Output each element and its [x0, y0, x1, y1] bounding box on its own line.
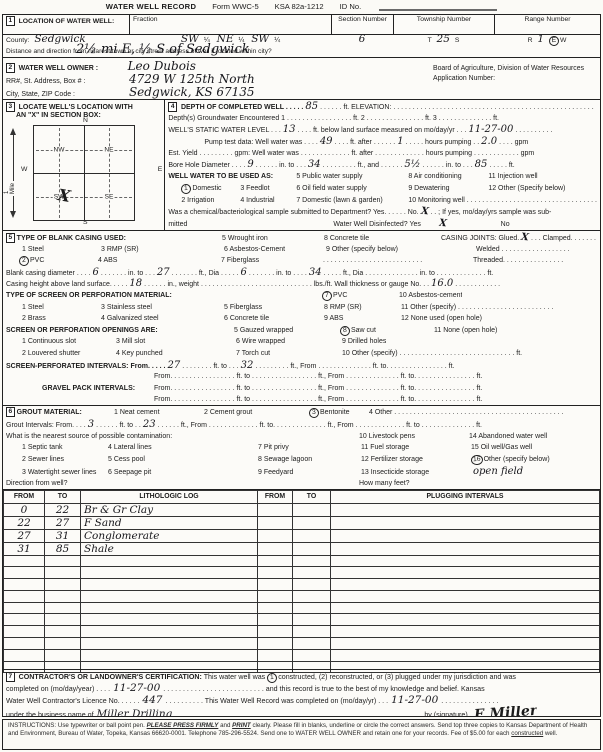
sample-question-line: Was a chemical/bacteriological sample su…	[168, 206, 597, 218]
section4-number: 4	[168, 102, 177, 112]
one-mile-arrow: 1 Mile	[13, 132, 14, 214]
city-label: City, State, ZIP Code :	[6, 89, 124, 99]
township-s: S	[455, 37, 460, 44]
form-option: 6 Wire wrapped	[236, 336, 342, 348]
id-label: ID No.	[340, 2, 362, 11]
form-option: 9 ABS	[324, 313, 401, 325]
dotted-line: . . . . . . . . . . . . . . . . . . . . …	[323, 255, 473, 267]
form-option: 1 Continuous slot	[22, 336, 116, 348]
form-option: 10 Asbestos-cement	[399, 290, 462, 302]
openings-row-3: 2 Louvered shutter 4 Key punched 7 Torch…	[6, 348, 597, 360]
well-x-mark: X	[56, 185, 72, 206]
form-number: Form WWC-5	[212, 2, 258, 11]
form-option-selected: 8Saw cut	[340, 325, 434, 337]
disinfected-line: mitted Water Well Disinfected? Yes X No	[168, 218, 597, 230]
compass-e: E	[158, 166, 163, 173]
form-option: 8 RMP (SR)	[324, 302, 401, 314]
form-option: 12 Other (Specify below)	[488, 183, 565, 195]
agency-name: Board of Agriculture, Division of Water …	[433, 64, 584, 74]
gravel-pack-label: GRAVEL PACK INTERVALS:	[6, 383, 154, 395]
section-owner: 2 WATER WELL OWNER : Leo Dubois RR#, St.…	[3, 57, 600, 99]
section-depth: 4 DEPTH OF COMPLETED WELL . . . . .85. .…	[165, 100, 600, 230]
range-cell: Range Number	[494, 15, 600, 34]
form-option: 4 Galvanized steel	[101, 313, 224, 325]
col-from: FROM	[4, 491, 45, 504]
pump-depth-value: 49	[320, 136, 333, 147]
section1-title: LOCATION OF WATER WELL:	[19, 18, 115, 25]
openings-row-2: 1 Continuous slot 3 Mill slot 6 Wire wra…	[6, 336, 597, 348]
casing-diameter-1: 6	[92, 267, 98, 278]
grout-intervals-line: Grout Intervals: From. . . .3. . . . . .…	[6, 419, 597, 431]
casing-depth-2: 34	[309, 267, 322, 278]
form-option: 3 Feedlot	[240, 183, 296, 195]
grout-from-value: 3	[88, 419, 94, 430]
direction-question: Direction from well?	[6, 478, 359, 489]
range-value: R 1 EW	[494, 33, 600, 46]
screen-interval-from: 27	[167, 360, 180, 371]
table-row	[4, 602, 600, 614]
bore-diameter-2: 5½	[404, 159, 420, 170]
section-box-diagram: NW NE SW SE X	[33, 125, 135, 221]
circled-8: 8	[340, 325, 350, 336]
form-option: 11 None (open hole)	[434, 325, 497, 337]
section-locate-box: 3 LOCATE WELL'S LOCATION WITH AN "X" IN …	[3, 100, 165, 230]
township-value: T 25 S	[393, 33, 494, 46]
circled-7: 7	[322, 291, 332, 302]
section-number-value: 6	[331, 33, 393, 46]
depth-value: 85	[305, 101, 318, 112]
table-row: 2731Conglomerate	[4, 529, 600, 542]
use-row-1: WELL WATER TO BE USED AS: 5 Public water…	[168, 171, 597, 183]
contamination-row-1: 1 Septic tank 4 Lateral lines 7 Pit priv…	[6, 442, 597, 454]
completed-date: 11-27-00	[113, 683, 160, 694]
measured-date: 11-27-00	[468, 124, 513, 135]
screen-intervals-line-2: From. . . . . . . . . . . . . . . . . ft…	[6, 371, 597, 383]
form-option: 11 Other (specify) . . . . . . . . . . .…	[401, 302, 553, 314]
section-grout: 6GROUT MATERIAL: 1 Neat cement 2 Cement …	[3, 405, 600, 489]
form-option: 2 Cement grout	[204, 407, 309, 419]
circled-2: 2	[19, 256, 29, 267]
col-to-2: TO	[293, 491, 331, 504]
form-option-selected: 16Other (specify below)	[471, 454, 550, 466]
table-row	[4, 614, 600, 626]
form-option: 4 Key punched	[116, 348, 236, 360]
casing-row-1: 5TYPE OF BLANK CASING USED: 5 Wrought ir…	[6, 232, 597, 244]
circled-3: 3	[309, 408, 319, 419]
screen-row-3: 2 Brass 4 Galvanized steel 6 Concrete ti…	[6, 313, 597, 325]
form-option: 4 ABS	[98, 255, 221, 267]
form-option: 12 Fertilizer storage	[361, 454, 471, 466]
application-number-label: Application Number:	[433, 74, 584, 84]
form-option: 8 Sewage lagoon	[258, 454, 361, 466]
form-option: 3 Watertight sewer lines	[22, 467, 108, 478]
address-value: 4729 W 125th North	[129, 72, 255, 86]
disinfected-label: Water Well Disinfected? Yes	[333, 219, 421, 230]
screen-interval-to: 32	[241, 360, 254, 371]
form-option: 9 Drilled holes	[342, 336, 386, 348]
press-firmly-emphasis: PLEASE PRESS FIRMLY	[147, 722, 219, 729]
form-option: 6 Asbestos-Cement	[224, 244, 326, 256]
business-name-value: Miller Drilling	[97, 707, 422, 717]
col-to: TO	[45, 491, 81, 504]
table-row	[4, 649, 600, 661]
agency-block: Board of Agriculture, Division of Water …	[433, 64, 584, 84]
casing-diameter-2: 6	[241, 267, 247, 278]
fraction-q3: SW	[251, 33, 269, 45]
casing-joints: CASING JOINTS: Glued.X. . . Clamped. . .…	[441, 232, 596, 244]
owner-value: Leo Dubois	[128, 59, 196, 73]
section-certification: 7 CONTRACTOR'S OR LANDOWNER'S CERTIFICAT…	[3, 669, 600, 717]
form-option-selected: 7PVC	[322, 290, 399, 302]
section6-number: 6	[6, 407, 15, 417]
pump-gpm-value: 2.0	[481, 136, 497, 147]
range-label: Range Number	[524, 16, 570, 23]
form-option: 3 RMP (SR)	[101, 244, 224, 256]
form-option: 2 Irrigation	[181, 195, 240, 207]
form-option: 10 Monitoring well . . . . . . . . . . .…	[408, 195, 597, 207]
form-ksa: KSA 82a-1212	[275, 2, 324, 11]
bore-diameter-1: 9	[247, 159, 253, 170]
record-completed-date: 11-27-00	[391, 695, 438, 706]
static-level-line: WELL'S STATIC WATER LEVEL . . .13. . . .…	[168, 124, 597, 136]
quadrant-se: SE	[104, 193, 115, 200]
form-option: 1 Neat cement	[114, 407, 204, 419]
certification-line-3: Water Well Contractor's Licence No. . . …	[6, 695, 597, 706]
county-label: County:	[6, 37, 29, 44]
direction-row: Direction from well? How many feet?	[6, 478, 597, 489]
form-title: WATER WELL RECORD	[106, 2, 196, 11]
form-option: 4 Other . . . . . . . . . . . . . . . . …	[369, 407, 564, 419]
section2-number: 2	[6, 63, 15, 73]
instructions-block: INSTRUCTIONS: Use typewriter or ball poi…	[2, 719, 601, 750]
township-cell: Township Number	[393, 15, 494, 34]
table-row	[4, 579, 600, 591]
grout-row: 6GROUT MATERIAL: 1 Neat cement 2 Cement …	[6, 407, 597, 419]
dotted-line: From. . . . . . . . . . . . . . . . . ft…	[154, 383, 482, 395]
township-label: Township Number	[417, 16, 471, 23]
certification-line-4: under the business name of Miller Drilli…	[6, 706, 597, 717]
section-number: 6	[359, 33, 366, 45]
id-blank-line	[379, 9, 497, 11]
pump-test-line: Pump test data: Well water was . . . .49…	[168, 136, 597, 148]
screen-intervals-line: SCREEN-PERFORATED INTERVALS: From. . . .…	[6, 360, 597, 372]
signature-label: by (signature)	[424, 708, 467, 717]
screen-row-1: TYPE OF SCREEN OR PERFORATION MATERIAL: …	[6, 290, 597, 302]
bore-depth-2: 85	[475, 159, 488, 170]
x-mark: X	[420, 206, 429, 218]
range-number: 1	[537, 33, 544, 45]
grout-to-value: 23	[143, 419, 156, 430]
form-option: 1 Steel	[22, 302, 101, 314]
constructed-emphasis: constructed	[511, 730, 543, 737]
screen-row-2: 1 Steel 3 Stainless steel 5 Fiberglass 8…	[6, 302, 597, 314]
section-casing: 5TYPE OF BLANK CASING USED: 5 Wrought ir…	[3, 230, 600, 405]
form-option: 9 Feedyard	[258, 467, 361, 478]
casing-height-line: Casing height above land surface. . . . …	[6, 278, 597, 290]
casing-diameter-line: Blank casing diameter . . . .6. . . . . …	[6, 267, 597, 279]
use-row-2: 1Domestic 3 Feedlot 6 Oil field water su…	[168, 183, 597, 195]
use-row-3: 2 Irrigation 4 Industrial 7 Domestic (la…	[168, 195, 597, 207]
how-many-feet-question: How many feet?	[359, 478, 410, 489]
contamination-row-2: 2 Sewer lines 5 Cess pool 8 Sewage lagoo…	[6, 454, 597, 466]
form-option: 2 Louvered shutter	[22, 348, 116, 360]
section3-title-1: 3 LOCATE WELL'S LOCATION WITH	[6, 102, 161, 112]
groundwater-line: Depth(s) Groundwater Encountered 1 . . .…	[168, 113, 597, 125]
circled-1: 1	[181, 183, 191, 194]
form-option-selected: 1Domestic	[181, 183, 240, 195]
form-option: 3 Mill slot	[116, 336, 236, 348]
form-option: 6 Concrete tile	[224, 313, 324, 325]
certification-line-1: 7 CONTRACTOR'S OR LANDOWNER'S CERTIFICAT…	[6, 672, 597, 683]
form-option: 7 Torch cut	[236, 348, 342, 360]
fraction-label: Fraction	[133, 16, 158, 23]
gravel-pack-line: GRAVEL PACK INTERVALS: From. . . . . . .…	[6, 383, 597, 395]
form-option: 4 Industrial	[240, 195, 296, 207]
bore-depth-1: 34	[308, 159, 321, 170]
table-header-row: FROM TO LITHOLOGIC LOG FROM TO PLUGGING …	[4, 491, 600, 504]
casing-title: TYPE OF BLANK CASING USED:	[17, 235, 126, 242]
table-row: 3185Shale	[4, 542, 600, 555]
range-west: W	[560, 37, 566, 44]
bore-hole-line: Bore Hole Diameter . . . .9. . . . . . i…	[168, 159, 597, 171]
welded-label: Welded . . . . . . . . . . . . . . . . .…	[476, 244, 570, 256]
form-option: 6 Seepage pit	[108, 467, 258, 478]
contamination-other-value: open field	[473, 466, 523, 478]
gauge-value: 16.0	[431, 278, 453, 289]
threaded-label: Threaded. . . . . . . . . . . . . . . .	[473, 255, 563, 267]
lithologic-table-wrap: FROM TO LITHOLOGIC LOG FROM TO PLUGGING …	[3, 489, 600, 669]
section-number-cell: Section Number	[331, 15, 393, 34]
grout-title: GROUT MATERIAL:	[17, 409, 82, 416]
section-box-hline	[34, 173, 134, 174]
section-location: 1 LOCATION OF WATER WELL: Fraction Secti…	[3, 15, 600, 57]
compass-w: W	[21, 166, 27, 173]
section7-number: 7	[6, 672, 15, 682]
table-row	[4, 626, 600, 638]
business-name-label: under the business name of	[6, 708, 94, 717]
est-yield-line: Est. Yield . . . . . . . . . gpm: Well w…	[168, 148, 597, 160]
location-grid: 1 LOCATION OF WATER WELL: Fraction Secti…	[3, 15, 600, 35]
location-title-cell: 1 LOCATION OF WATER WELL:	[3, 15, 129, 34]
form-option: 11 Injection well	[488, 171, 537, 183]
table-row	[4, 590, 600, 602]
township-t: T	[428, 37, 432, 44]
dotted-line: . . . . . . ft. ELEVATION: . . . . . . .…	[320, 104, 594, 111]
col-lithologic-log: LITHOLOGIC LOG	[81, 491, 258, 504]
form-option: 2 Brass	[22, 313, 101, 325]
form-option: 5 Wrought iron	[222, 233, 324, 244]
quarter-glyph: ¼	[274, 37, 280, 44]
casing-row-3: 2PVC 4 ABS 7 Fiberglass . . . . . . . . …	[6, 255, 597, 267]
table-row	[4, 567, 600, 579]
circled-1: 1	[267, 673, 278, 684]
city-row: City, State, ZIP Code : Sedgwick, KS 671…	[6, 86, 597, 99]
form-option: 12 None used (open hole)	[401, 313, 482, 325]
form-option: 9 Other (specify below)	[326, 244, 476, 256]
form-option: 8 Air conditioning	[408, 171, 488, 183]
township-number: 25	[437, 33, 450, 45]
section5-number: 5	[6, 233, 15, 243]
casing-height-value: 18	[129, 278, 142, 289]
form-option: 2 Sewer lines	[22, 454, 108, 466]
print-emphasis: PRINT	[232, 722, 251, 729]
city-value: Sedgwick, KS 67135	[129, 85, 255, 99]
depth-label: DEPTH OF COMPLETED WELL . . . . .	[181, 104, 303, 111]
form-option: 1 Septic tank	[22, 442, 108, 454]
openings-title: SCREEN OR PERFORATION OPENINGS ARE:	[6, 325, 234, 337]
table-row: 2227F Sand	[4, 516, 600, 529]
form-option: 10 Livestock pens	[359, 431, 469, 443]
contamination-row-3: 3 Watertight sewer lines 6 Seepage pit 9…	[6, 466, 597, 478]
x-mark: X	[438, 218, 447, 230]
depth-line: 4 DEPTH OF COMPLETED WELL . . . . .85. .…	[168, 101, 597, 113]
static-level-value: 13	[283, 124, 296, 135]
openings-row-1: SCREEN OR PERFORATION OPENINGS ARE: 5 Ga…	[6, 325, 597, 337]
certification-title: CONTRACTOR'S OR LANDOWNER'S CERTIFICATIO…	[19, 673, 202, 681]
x-mark: X	[521, 232, 530, 244]
gravel-pack-line-2: From. . . . . . . . . . . . . . . . . ft…	[6, 394, 597, 405]
form-option-selected: 2PVC	[19, 255, 98, 267]
form-option: 10 Other (specify) . . . . . . . . . . .…	[342, 348, 522, 360]
licence-number: 447	[142, 695, 162, 706]
table-row	[4, 638, 600, 650]
table-row: 022Br & Gr Clay	[4, 503, 600, 516]
certification-line-2: completed on (mo/day/year) . . . .11-27-…	[6, 683, 597, 694]
disinfected-no: No	[501, 219, 510, 230]
table-row	[4, 555, 600, 567]
form-option: 7 Fiberglass	[221, 255, 323, 267]
distance-value: 2½ mi E, ½ S of Sedgwick	[76, 42, 250, 57]
form-option: 15 Oil well/Gas well	[471, 442, 532, 454]
contamination-question: What is the nearest source of possible c…	[6, 431, 359, 443]
signature: E Miller	[473, 706, 537, 717]
form-option: 5 Cess pool	[108, 454, 258, 466]
compass-n: N	[83, 117, 88, 124]
form-option: 5 Public water supply	[296, 171, 408, 183]
col-from-2: FROM	[258, 491, 293, 504]
use-label: WELL WATER TO BE USED AS:	[168, 171, 296, 183]
form-body: 1 LOCATION OF WATER WELL: Fraction Secti…	[2, 14, 601, 717]
screen-title: TYPE OF SCREEN OR PERFORATION MATERIAL:	[6, 290, 322, 302]
form-option: 7 Pit privy	[258, 442, 361, 454]
form-option: 5 Gauzed wrapped	[234, 325, 340, 337]
form-option: 7 Domestic (lawn & garden)	[296, 195, 408, 207]
circled-16: 16	[471, 455, 483, 466]
col-plugging-intervals: PLUGGING INTERVALS	[331, 491, 600, 504]
fraction-cell: Fraction	[129, 15, 331, 34]
form-option: 3 Stainless steel	[101, 302, 224, 314]
form-option: 13 Insecticide storage	[361, 467, 471, 478]
section-3-4: 3 LOCATE WELL'S LOCATION WITH AN "X" IN …	[3, 99, 600, 230]
form-option: 11 Fuel storage	[361, 442, 471, 454]
section3-title-2: AN "X" IN SECTION BOX:	[16, 112, 161, 119]
form-header: WATER WELL RECORD Form WWC-5 KSA 82a-121…	[0, 2, 603, 11]
section3-number: 3	[6, 102, 15, 112]
form-option: 8 Concrete tile	[324, 233, 441, 244]
quadrant-nw: NW	[53, 146, 66, 153]
section-number-label: Section Number	[338, 16, 387, 23]
form-option: 1 Steel	[22, 244, 101, 256]
pump-hours-value: 1	[397, 136, 403, 147]
form-option: 9 Dewatering	[408, 183, 488, 195]
section1-number: 1	[6, 16, 15, 26]
one-mile-label: 1 Mile	[4, 181, 16, 196]
casing-row-2: 1 Steel 3 RMP (SR) 6 Asbestos-Cement 9 O…	[6, 244, 597, 256]
form-option-selected: 3Bentonite	[309, 407, 369, 419]
range-r: R	[528, 37, 533, 44]
range-east-circled: E	[549, 36, 560, 47]
water-well-record-form: WATER WELL RECORD Form WWC-5 KSA 82a-121…	[0, 0, 603, 752]
contamination-row-0: What is the nearest source of possible c…	[6, 431, 597, 443]
quadrant-ne: NE	[103, 146, 114, 153]
casing-depth-1: 27	[157, 267, 170, 278]
lithologic-table: FROM TO LITHOLOGIC LOG FROM TO PLUGGING …	[3, 490, 600, 673]
form-option: 4 Lateral lines	[108, 442, 258, 454]
form-option: 5 Fiberglass	[224, 302, 324, 314]
form-option: 6 Oil field water supply	[296, 183, 408, 195]
form-option: 14 Abandoned water well	[469, 431, 547, 443]
